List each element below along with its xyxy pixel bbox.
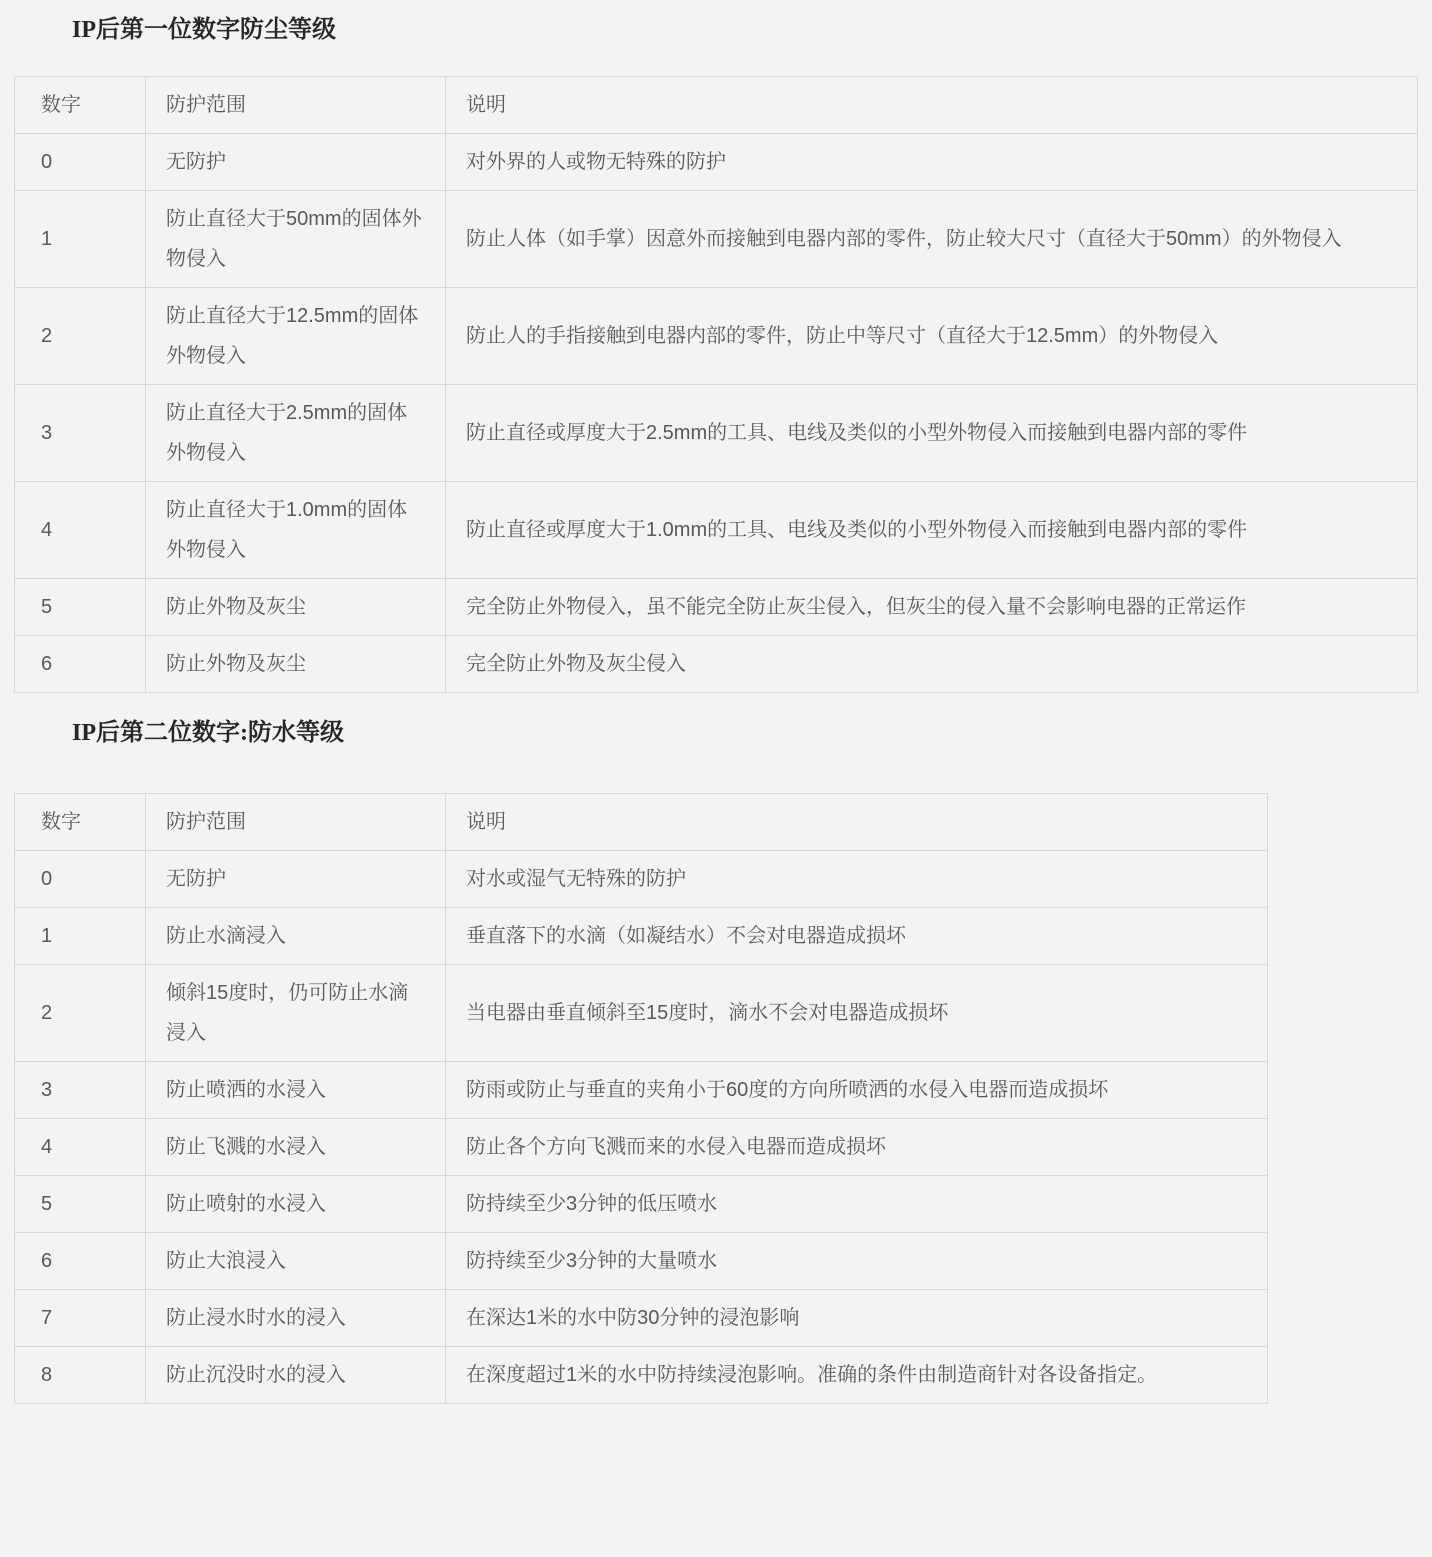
cell-digit: 2 (15, 965, 146, 1062)
cell-scope: 防止沉没时水的浸入 (146, 1347, 446, 1404)
table-row: 6 防止大浪浸入 防持续至少3分钟的大量喷水 (15, 1233, 1268, 1290)
cell-digit: 6 (15, 1233, 146, 1290)
document-page: IP后第一位数字防尘等级 数字 防护范围 说明 0 无防护 对外界的人或物无特殊… (0, 0, 1432, 1404)
cell-digit: 2 (15, 288, 146, 385)
cell-scope: 防止直径大于1.0mm的固体外物侵入 (146, 482, 446, 579)
cell-description: 防止人的手指接触到电器内部的零件，防止中等尺寸（直径大于12.5mm）的外物侵入 (446, 288, 1418, 385)
cell-digit: 1 (15, 191, 146, 288)
cell-scope: 防止外物及灰尘 (146, 636, 446, 693)
cell-digit: 6 (15, 636, 146, 693)
cell-description: 防雨或防止与垂直的夹角小于60度的方向所喷洒的水侵入电器而造成损坏 (446, 1062, 1268, 1119)
cell-description: 在深达1米的水中防30分钟的浸泡影响 (446, 1290, 1268, 1347)
cell-description: 完全防止外物及灰尘侵入 (446, 636, 1418, 693)
cell-description: 对水或湿气无特殊的防护 (446, 851, 1268, 908)
cell-description: 防持续至少3分钟的大量喷水 (446, 1233, 1268, 1290)
cell-scope: 防止直径大于2.5mm的固体外物侵入 (146, 385, 446, 482)
cell-description: 防止直径或厚度大于1.0mm的工具、电线及类似的小型外物侵入而接触到电器内部的零… (446, 482, 1418, 579)
table-row: 5 防止喷射的水浸入 防持续至少3分钟的低压喷水 (15, 1176, 1268, 1233)
table-row: 3 防止直径大于2.5mm的固体外物侵入 防止直径或厚度大于2.5mm的工具、电… (15, 385, 1418, 482)
cell-description: 垂直落下的水滴（如凝结水）不会对电器造成损坏 (446, 908, 1268, 965)
table-row: 5 防止外物及灰尘 完全防止外物侵入，虽不能完全防止灰尘侵入，但灰尘的侵入量不会… (15, 579, 1418, 636)
table-row: 4 防止直径大于1.0mm的固体外物侵入 防止直径或厚度大于1.0mm的工具、电… (15, 482, 1418, 579)
table-row: 8 防止沉没时水的浸入 在深度超过1米的水中防持续浸泡影响。准确的条件由制造商针… (15, 1347, 1268, 1404)
column-header-description: 说明 (446, 77, 1418, 134)
water-rating-table: 数字 防护范围 说明 0 无防护 对水或湿气无特殊的防护 1 防止水滴浸入 垂直… (14, 793, 1268, 1404)
table-row: 0 无防护 对水或湿气无特殊的防护 (15, 851, 1268, 908)
cell-description: 当电器由垂直倾斜至15度时，滴水不会对电器造成损坏 (446, 965, 1268, 1062)
column-header-digit: 数字 (15, 794, 146, 851)
table-row: 4 防止飞溅的水浸入 防止各个方向飞溅而来的水侵入电器而造成损坏 (15, 1119, 1268, 1176)
table-header-row: 数字 防护范围 说明 (15, 77, 1418, 134)
cell-digit: 8 (15, 1347, 146, 1404)
cell-scope: 无防护 (146, 851, 446, 908)
cell-scope: 防止外物及灰尘 (146, 579, 446, 636)
dust-rating-table: 数字 防护范围 说明 0 无防护 对外界的人或物无特殊的防护 1 防止直径大于5… (14, 76, 1418, 693)
column-header-digit: 数字 (15, 77, 146, 134)
cell-digit: 0 (15, 851, 146, 908)
column-header-description: 说明 (446, 794, 1268, 851)
cell-digit: 0 (15, 134, 146, 191)
cell-digit: 3 (15, 385, 146, 482)
cell-digit: 7 (15, 1290, 146, 1347)
cell-digit: 4 (15, 482, 146, 579)
table-row: 3 防止喷洒的水浸入 防雨或防止与垂直的夹角小于60度的方向所喷洒的水侵入电器而… (15, 1062, 1268, 1119)
table-row: 2 防止直径大于12.5mm的固体外物侵入 防止人的手指接触到电器内部的零件，防… (15, 288, 1418, 385)
cell-digit: 3 (15, 1062, 146, 1119)
cell-digit: 5 (15, 579, 146, 636)
cell-digit: 5 (15, 1176, 146, 1233)
cell-description: 防止直径或厚度大于2.5mm的工具、电线及类似的小型外物侵入而接触到电器内部的零… (446, 385, 1418, 482)
table-row: 7 防止浸水时水的浸入 在深达1米的水中防30分钟的浸泡影响 (15, 1290, 1268, 1347)
section-title-water-rating: IP后第二位数字:防水等级 (0, 693, 1432, 749)
table-row: 1 防止水滴浸入 垂直落下的水滴（如凝结水）不会对电器造成损坏 (15, 908, 1268, 965)
cell-digit: 4 (15, 1119, 146, 1176)
cell-scope: 防止大浪浸入 (146, 1233, 446, 1290)
cell-description: 防持续至少3分钟的低压喷水 (446, 1176, 1268, 1233)
cell-scope: 防止喷射的水浸入 (146, 1176, 446, 1233)
table-row: 2 倾斜15度时，仍可防止水滴浸入 当电器由垂直倾斜至15度时，滴水不会对电器造… (15, 965, 1268, 1062)
cell-scope: 防止飞溅的水浸入 (146, 1119, 446, 1176)
cell-scope: 防止水滴浸入 (146, 908, 446, 965)
cell-digit: 1 (15, 908, 146, 965)
cell-scope: 防止喷洒的水浸入 (146, 1062, 446, 1119)
cell-scope: 无防护 (146, 134, 446, 191)
cell-scope: 倾斜15度时，仍可防止水滴浸入 (146, 965, 446, 1062)
table-header-row: 数字 防护范围 说明 (15, 794, 1268, 851)
table-row: 1 防止直径大于50mm的固体外物侵入 防止人体（如手掌）因意外而接触到电器内部… (15, 191, 1418, 288)
cell-scope: 防止浸水时水的浸入 (146, 1290, 446, 1347)
cell-description: 防止人体（如手掌）因意外而接触到电器内部的零件，防止较大尺寸（直径大于50mm）… (446, 191, 1418, 288)
column-header-scope: 防护范围 (146, 77, 446, 134)
cell-description: 完全防止外物侵入，虽不能完全防止灰尘侵入，但灰尘的侵入量不会影响电器的正常运作 (446, 579, 1418, 636)
cell-description: 在深度超过1米的水中防持续浸泡影响。准确的条件由制造商针对各设备指定。 (446, 1347, 1268, 1404)
column-header-scope: 防护范围 (146, 794, 446, 851)
cell-description: 防止各个方向飞溅而来的水侵入电器而造成损坏 (446, 1119, 1268, 1176)
cell-scope: 防止直径大于50mm的固体外物侵入 (146, 191, 446, 288)
cell-description: 对外界的人或物无特殊的防护 (446, 134, 1418, 191)
table-row: 0 无防护 对外界的人或物无特殊的防护 (15, 134, 1418, 191)
section-title-dust-rating: IP后第一位数字防尘等级 (0, 0, 1432, 46)
table-row: 6 防止外物及灰尘 完全防止外物及灰尘侵入 (15, 636, 1418, 693)
cell-scope: 防止直径大于12.5mm的固体外物侵入 (146, 288, 446, 385)
